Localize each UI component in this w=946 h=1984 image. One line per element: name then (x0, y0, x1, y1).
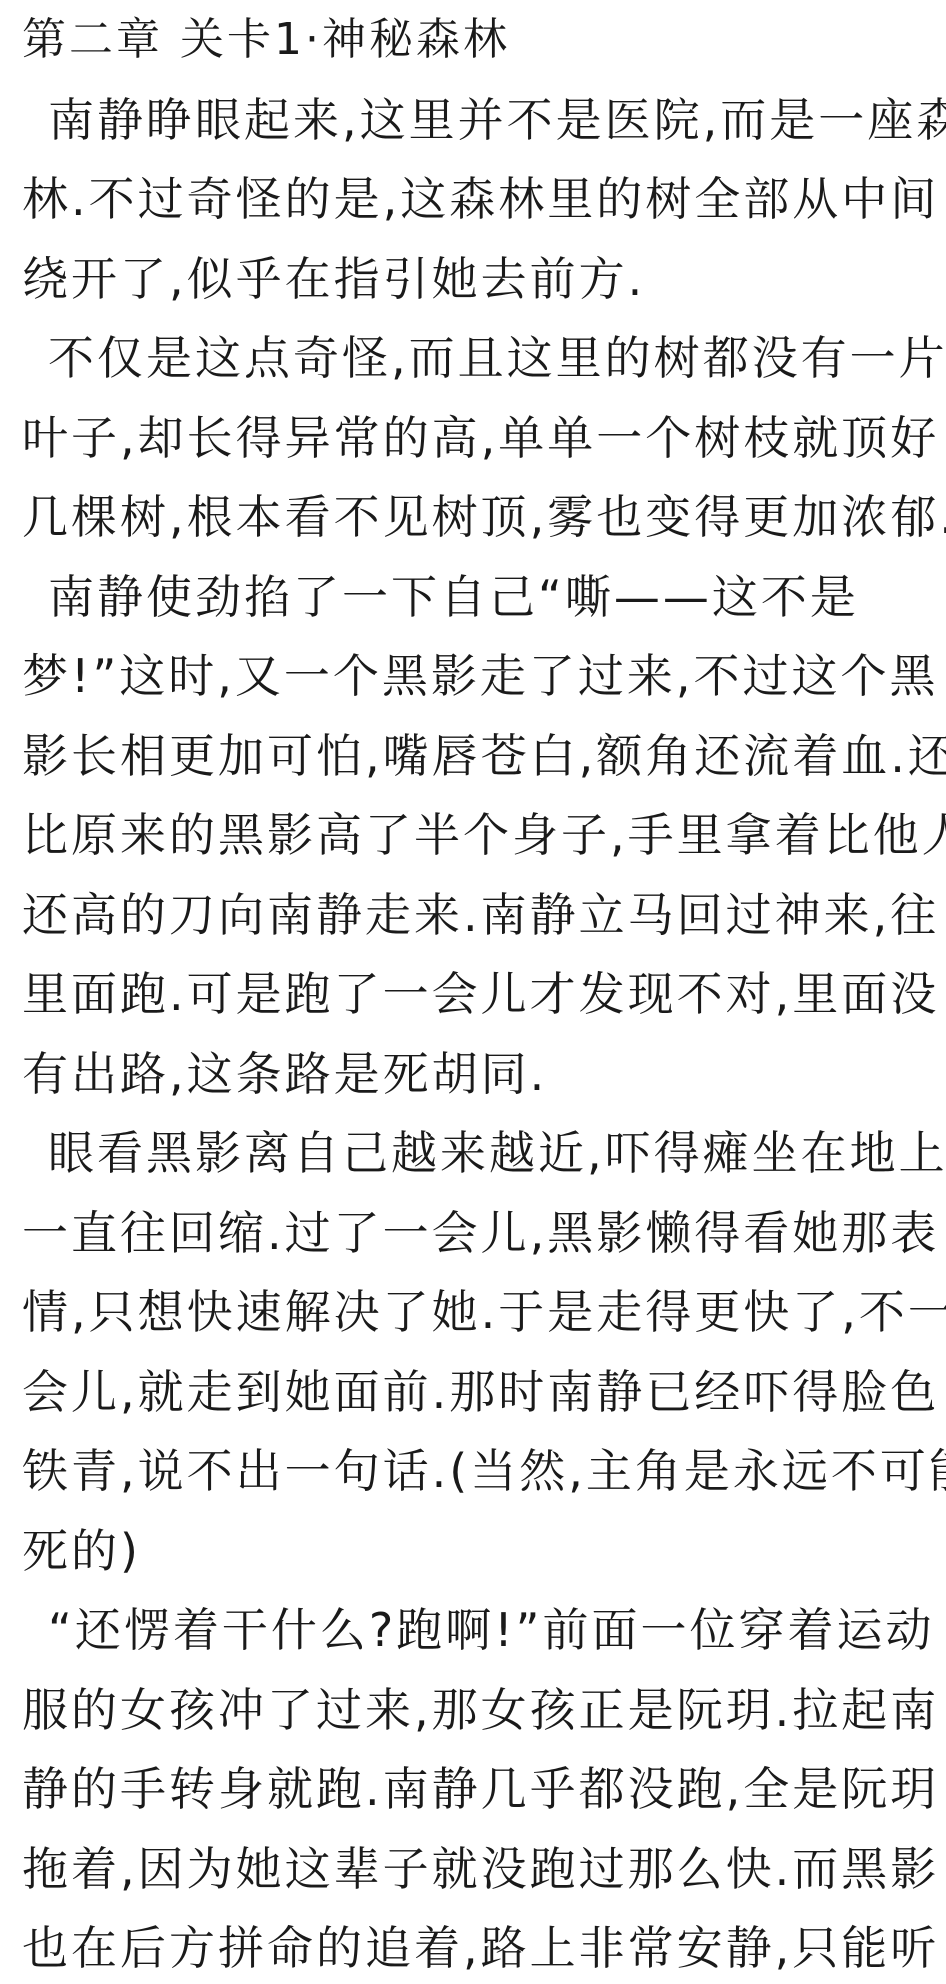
text-line: 绕开了,似乎在指引她去前方. (22, 249, 932, 309)
handwritten-page: 第二章 关卡1·神秘森林 南静睁眼起来,这里并不是医院,而是一座森 林.不过奇怪… (0, 0, 946, 1984)
text-line: 情,只想快速解决了她.于是走得更快了,不一 (22, 1282, 932, 1342)
text-line: 影长相更加可怕,嘴唇苍白,额角还流着血.还 (22, 726, 932, 786)
text-line: 一直往回缩.过了一会儿,黑影懒得看她那表 (22, 1203, 932, 1263)
text-line: 死的) (22, 1521, 932, 1581)
text-line: 还高的刀向南静走来.南静立马回过神来,往 (22, 885, 932, 945)
text-line: 有出路,这条路是死胡同. (22, 1044, 932, 1104)
text-line: 林.不过奇怪的是,这森林里的树全部从中间 (22, 169, 932, 229)
text-line: 铁青,说不出一句话.(当然,主角是永远不可能 (22, 1441, 932, 1501)
text-line: 南静使劲掐了一下自己“嘶——这不是 (48, 567, 946, 627)
text-line: 比原来的黑影高了半个身子,手里拿着比他人 (22, 805, 932, 865)
text-line: 眼看黑影离自己越来越近,吓得瘫坐在地上, (48, 1123, 946, 1183)
text-line: 梦!”这时,又一个黑影走了过来,不过这个黑 (22, 646, 932, 706)
text-line: 叶子,却长得异常的高,单单一个树枝就顶好 (22, 408, 932, 468)
text-line: 服的女孩冲了过来,那女孩正是阮玥.拉起南 (22, 1680, 932, 1740)
text-line: 会儿,就走到她面前.那时南静已经吓得脸色 (22, 1362, 932, 1422)
text-line: 不仅是这点奇怪,而且这里的树都没有一片 (48, 328, 946, 388)
text-line: 也在后方拼命的追着,路上非常安静,只能听 (22, 1918, 932, 1978)
text-line: 静的手转身就跑.南静几乎都没跑,全是阮玥 (22, 1759, 932, 1819)
text-line: “还愣着干什么?跑啊!”前面一位穿着运动 (48, 1600, 946, 1660)
text-line: 拖着,因为她这辈子就没跑过那么快.而黑影 (22, 1839, 932, 1899)
text-line: 里面跑.可是跑了一会儿才发现不对,里面没 (22, 964, 932, 1024)
text-line: 南静睁眼起来,这里并不是医院,而是一座森 (48, 90, 946, 150)
text-line: 几棵树,根本看不见树顶,雾也变得更加浓郁. (22, 487, 932, 547)
chapter-title: 第二章 关卡1·神秘森林 (22, 10, 932, 70)
